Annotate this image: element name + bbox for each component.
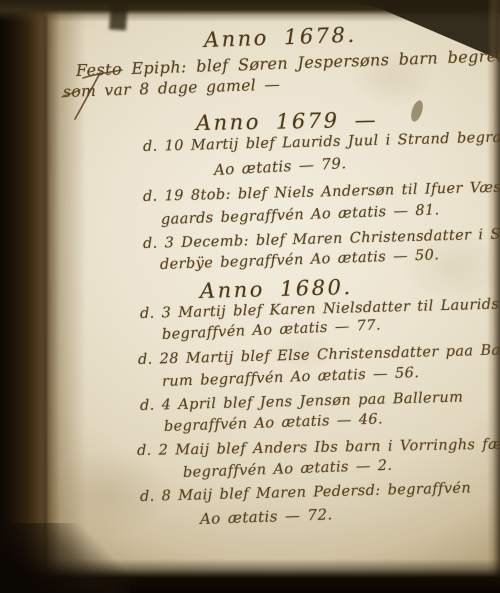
manuscript-line: Ao ætatis — 72. — [200, 506, 333, 528]
manuscript-line: Anno 1679 — — [196, 108, 379, 135]
handwriting-layer: Anno 1678. Festo Epiph: blef Søren Jespe… — [0, 0, 500, 593]
manuscript-line: d. 2 Maij blef Anders Ibs barn i Vorring… — [137, 436, 500, 459]
manuscript-line: begraffvén Ao ætatis — 2. — [183, 458, 393, 482]
manuscript-line: Ao ætatis — 79. — [214, 155, 347, 179]
manuscript-line: Anno 1680. — [200, 275, 353, 303]
manuscript-line: d. 3 Decemb: blef Maren Christensdatter … — [143, 226, 500, 253]
manuscript-line: rum begraffvén Ao ætatis — 56. — [162, 365, 420, 391]
manuscript-line: derbÿe begraffvén Ao ætatis — 50. — [160, 247, 440, 273]
manuscript-line: som var 8 dage gamel — — [63, 76, 281, 101]
manuscript-line: d. 8 Maij blef Maren Pedersd: begraffvén — [140, 480, 472, 505]
manuscript-line: gaards begraffvén Ao ætatis — 81. — [161, 202, 440, 228]
ink-blot — [409, 99, 425, 123]
manuscript-line: begraffvén Ao ætatis — 77. — [162, 317, 382, 343]
manuscript-page-photo: Anno 1678. Festo Epiph: blef Søren Jespe… — [0, 0, 500, 593]
manuscript-line: Festo Epiph: blef Søren Jespersøns barn … — [76, 47, 500, 81]
manuscript-line: Anno 1678. — [204, 23, 357, 52]
manuscript-line: d. 4 April blef Jens Jensøn paa Ballerum — [140, 390, 464, 415]
manuscript-line: d. 28 Martij blef Else Christensdatter p… — [138, 342, 500, 369]
manuscript-line: d. 19 8tob: blef Niels Andersøn til Ifue… — [143, 179, 500, 206]
manuscript-line: begraffvén Ao ætatis — 46. — [164, 411, 384, 435]
